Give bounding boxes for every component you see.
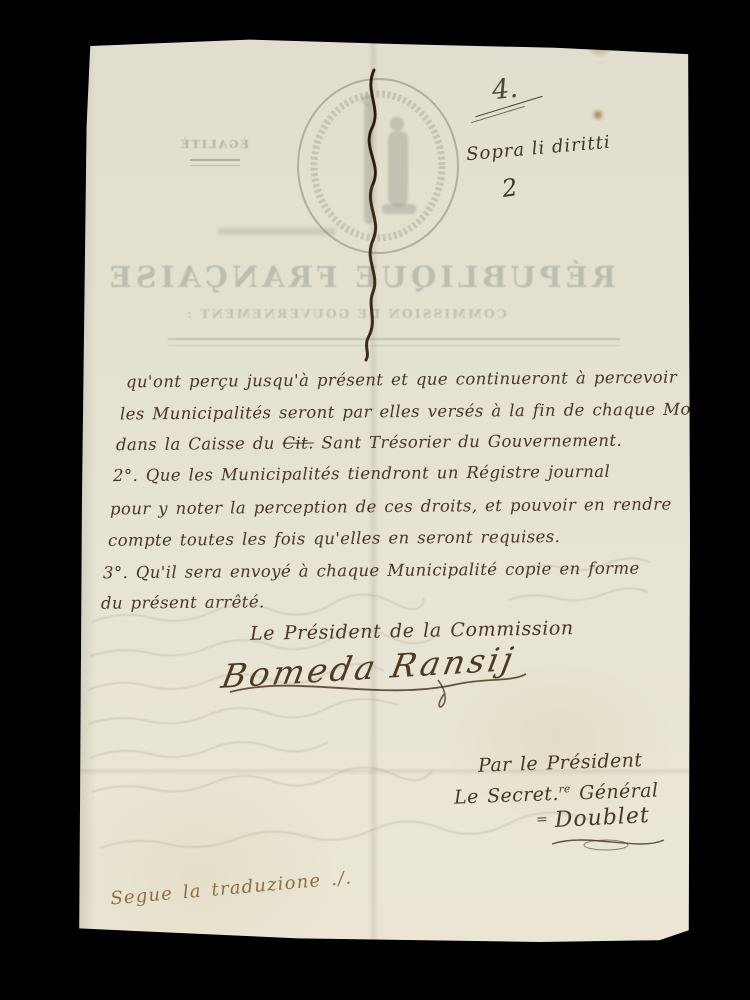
bleedthrough-egalite-rule [190, 159, 240, 166]
bleedthrough-egalite-text: ÉGALITÉ [176, 138, 252, 151]
manuscript-line: 2°. Que les Municipalités tiendront un R… [113, 462, 610, 485]
subject-flourish: 2 [500, 173, 519, 203]
page-number-annotation: 4. [490, 73, 519, 107]
manuscript-line: compte toutes les fois qu'elles en seron… [108, 527, 560, 550]
fold-crease-mark [346, 64, 406, 364]
subject-annotation: Sopra li diritti [465, 132, 611, 166]
manuscript-line: dans la Caisse du Cit. Sant Trésorier du… [116, 431, 622, 454]
document-sheet: ÉGALITÉ RÉPUBLIQUE FRANÇAISE COMMISSION … [78, 36, 690, 942]
line3-struck-word: Cit. [282, 433, 314, 452]
bleedthrough-smudge [218, 228, 336, 235]
handwriting-bleedthrough-squiggles [78, 556, 690, 876]
manuscript-line: qu'ont perçu jusqu'à présent et que cont… [126, 368, 677, 392]
photo-stage: ÉGALITÉ RÉPUBLIQUE FRANÇAISE COMMISSION … [0, 0, 750, 1000]
manuscript-line: les Municipalités seront par elles versé… [120, 399, 705, 423]
line3-post: Sant Trésorier du Gouvernement. [314, 431, 622, 453]
line3-pre: dans la Caisse du [116, 434, 283, 454]
manuscript-line: pour y noter la perception de ces droits… [110, 495, 672, 519]
